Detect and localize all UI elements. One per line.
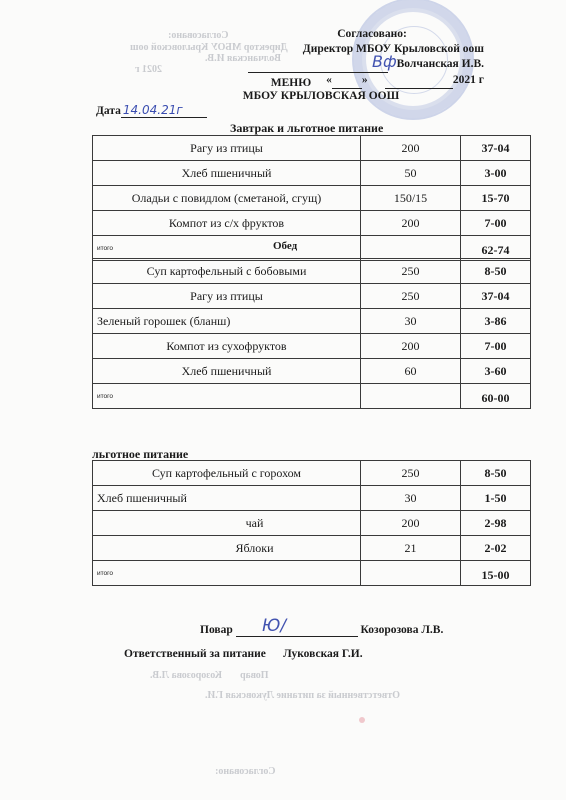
- dish-price: 7-00: [461, 211, 531, 236]
- bleed-through-year: 2021 г: [135, 64, 162, 75]
- dish-name: чай: [93, 511, 361, 536]
- director-signature: Вф: [372, 52, 397, 71]
- breakfast-table: Рагу из птицы 200 37-04 Хлеб пшеничный 5…: [92, 135, 531, 261]
- dish-qty: 30: [361, 309, 461, 334]
- table-row: Суп картофельный с горохом 250 8-50: [93, 461, 531, 486]
- table-row: Компот из сухофруктов 200 7-00: [93, 334, 531, 359]
- dish-price: 37-04: [461, 284, 531, 309]
- bleed-through-cook-name: Козорозова Л.В.: [150, 670, 222, 681]
- dish-name: Компот из с/х фруктов: [93, 211, 361, 236]
- total-row: итого 15-00: [93, 561, 531, 586]
- table-row: Оладьи с повидлом (сметаной, сгущ) 150/1…: [93, 186, 531, 211]
- director-signature-line: [248, 57, 388, 73]
- total-price: 15-00: [461, 561, 531, 586]
- lunch-table: Суп картофельный с бобовыми 250 8-50 Раг…: [92, 258, 531, 409]
- date-row: Дата14.04.21г: [96, 103, 207, 118]
- total-label: итого: [93, 561, 361, 586]
- dish-qty: 200: [361, 511, 461, 536]
- dish-price: 3-86: [461, 309, 531, 334]
- dish-qty: 21: [361, 536, 461, 561]
- total-row: итого 62-74: [93, 236, 531, 261]
- cook-signature-line: [236, 624, 358, 637]
- total-qty-empty: [361, 384, 461, 409]
- dish-price: 8-50: [461, 461, 531, 486]
- total-price: 62-74: [461, 236, 531, 261]
- dish-qty: 250: [361, 259, 461, 284]
- table-row: Суп картофельный с бобовыми 250 8-50: [93, 259, 531, 284]
- dish-price: 37-04: [461, 136, 531, 161]
- bleed-through-heading: Согласовано:: [168, 30, 229, 41]
- menu-title: МЕНЮ: [0, 77, 566, 89]
- school-name: МБОУ КРЫЛОВСКАЯ ООШ: [0, 90, 566, 102]
- dish-price: 3-60: [461, 359, 531, 384]
- total-qty-empty: [361, 236, 461, 261]
- dish-price: 2-02: [461, 536, 531, 561]
- dish-name: Рагу из птицы: [93, 136, 361, 161]
- total-row: итого 60-00: [93, 384, 531, 409]
- cook-signature-row: Повар Козорозова Л.В.: [200, 624, 443, 637]
- table-row: Рагу из птицы 250 37-04: [93, 284, 531, 309]
- dish-name: Суп картофельный с бобовыми: [93, 259, 361, 284]
- stain-dot: [359, 717, 365, 723]
- dish-qty: 250: [361, 284, 461, 309]
- cook-signature: Ю/: [262, 616, 286, 636]
- dish-name: Хлеб пшеничный: [93, 486, 361, 511]
- table-row: Хлеб пшеничный 50 3-00: [93, 161, 531, 186]
- dish-name: Рагу из птицы: [93, 284, 361, 309]
- dish-price: 8-50: [461, 259, 531, 284]
- table-row: Рагу из птицы 200 37-04: [93, 136, 531, 161]
- date-value: 14.04.21г: [121, 103, 207, 118]
- dish-name: Суп картофельный с горохом: [93, 461, 361, 486]
- dish-name: Хлеб пшеничный: [93, 359, 361, 384]
- table-row: Компот из с/х фруктов 200 7-00: [93, 211, 531, 236]
- cook-label: Повар: [200, 624, 233, 636]
- dish-price: 2-98: [461, 511, 531, 536]
- dish-name: Компот из сухофруктов: [93, 334, 361, 359]
- approval-signature-row: Волчанская И.В.: [248, 57, 484, 73]
- dish-qty: 30: [361, 486, 461, 511]
- approval-heading: Согласовано:: [248, 27, 496, 42]
- date-label: Дата: [96, 105, 121, 117]
- benefit-table: Суп картофельный с горохом 250 8-50 Хлеб…: [92, 460, 531, 586]
- dish-qty: 50: [361, 161, 461, 186]
- dish-price: 1-50: [461, 486, 531, 511]
- table-row: Хлеб пшеничный 30 1-50: [93, 486, 531, 511]
- table-row: чай 200 2-98: [93, 511, 531, 536]
- dish-price: 7-00: [461, 334, 531, 359]
- total-price: 60-00: [461, 384, 531, 409]
- bleed-through-heading-bottom: Согласовано:: [215, 766, 276, 777]
- dish-name: Оладьи с повидлом (сметаной, сгущ): [93, 186, 361, 211]
- responsible-label: Ответственный за питание: [124, 648, 266, 660]
- responsible-name: Луковская Г.И.: [283, 648, 362, 660]
- dish-qty: 200: [361, 136, 461, 161]
- dish-price: 3-00: [461, 161, 531, 186]
- dish-name: Хлеб пшеничный: [93, 161, 361, 186]
- cook-name: Козорозова Л.В.: [361, 624, 444, 636]
- dish-qty: 150/15: [361, 186, 461, 211]
- table-row: Яблоки 21 2-02: [93, 536, 531, 561]
- responsible-row: Ответственный за питание Луковская Г.И.: [124, 648, 363, 660]
- total-label: итого: [93, 236, 361, 261]
- dish-qty: 200: [361, 211, 461, 236]
- bleed-through-responsible: Ответственный за питание Луковская Г.И.: [205, 690, 400, 701]
- approval-position: Директор МБОУ Крыловской оош: [248, 42, 484, 57]
- total-label: итого: [93, 384, 361, 409]
- dish-name: Яблоки: [93, 536, 361, 561]
- dish-price: 15-70: [461, 186, 531, 211]
- bleed-through-cook: Повар: [240, 670, 269, 681]
- section-title-breakfast: Завтрак и льготное питание: [230, 121, 383, 136]
- dish-name: Зеленый горошек (бланш): [93, 309, 361, 334]
- dish-qty: 200: [361, 334, 461, 359]
- total-qty-empty: [361, 561, 461, 586]
- table-row: Хлеб пшеничный 60 3-60: [93, 359, 531, 384]
- table-row: Зеленый горошек (бланш) 30 3-86: [93, 309, 531, 334]
- dish-qty: 250: [361, 461, 461, 486]
- dish-qty: 60: [361, 359, 461, 384]
- director-name: Волчанская И.В.: [397, 58, 484, 70]
